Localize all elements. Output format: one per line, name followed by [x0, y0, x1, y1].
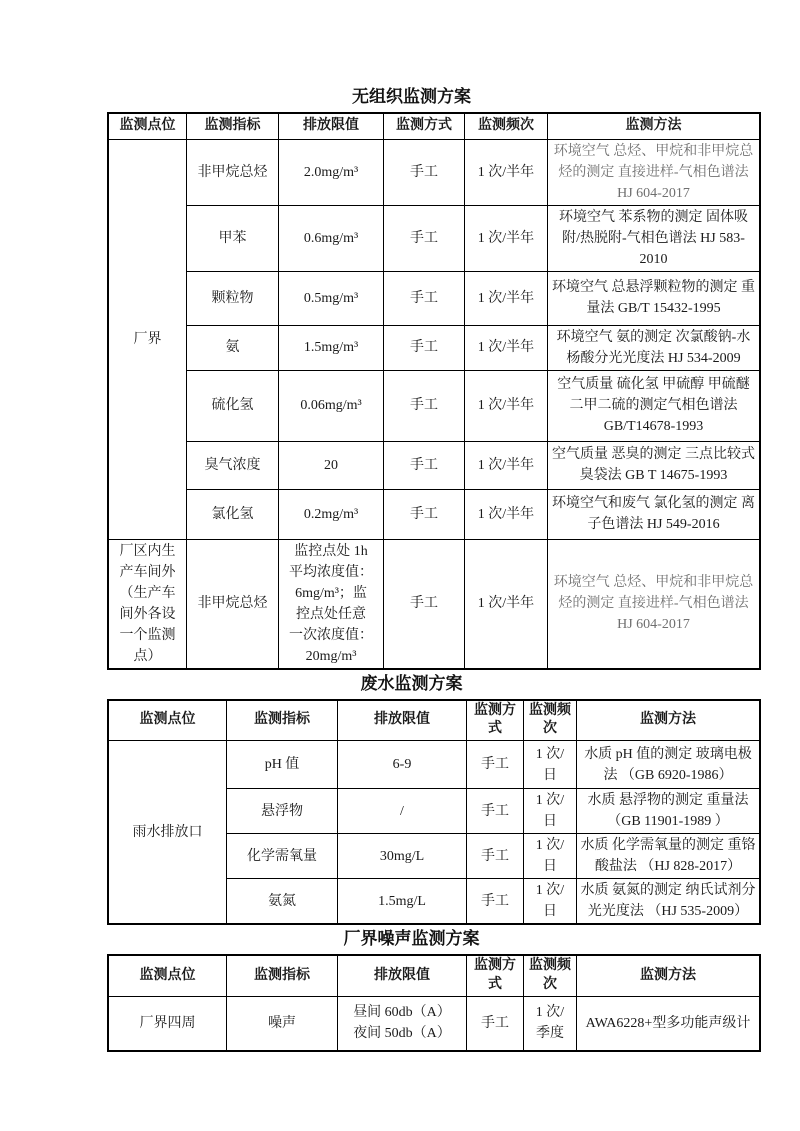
cell-frequency: 1 次/半年	[465, 489, 548, 539]
col-header-indicator: 监测指标	[227, 700, 338, 741]
table-title-wastewater: 废水监测方案	[107, 673, 716, 695]
cell-method: 水质 pH 值的测定 玻璃电极法 （GB 6920-1986）	[577, 741, 761, 789]
cell-indicator: 颗粒物	[187, 271, 279, 325]
col-header-site: 监测点位	[108, 955, 227, 996]
unorganized-monitoring-table: 监测点位 监测指标 排放限值 监测方式 监测频次 监测方法 厂界 非甲烷总烃 2…	[107, 112, 761, 670]
table-row: 颗粒物 0.5mg/m³ 手工 1 次/半年 环境空气 总悬浮颗粒物的测定 重量…	[108, 271, 760, 325]
table-header-row: 监测点位 监测指标 排放限值 监测方式 监测频次 监测方法	[108, 955, 760, 996]
cell-indicator: 氨	[187, 325, 279, 370]
cell-frequency: 1 次/半年	[465, 441, 548, 489]
col-header-frequency: 监测频次	[524, 700, 577, 741]
cell-limit: 2.0mg/m³	[279, 139, 384, 205]
col-header-method: 监测方法	[548, 113, 761, 139]
cell-mode: 手工	[467, 834, 524, 879]
cell-method: 环境空气 总烃、甲烷和非甲烷总烃的测定 直接进样-气相色谱法 HJ 604-20…	[548, 139, 761, 205]
cell-indicator: 硫化氢	[187, 370, 279, 441]
cell-method: 环境空气和废气 氯化氢的测定 离子色谱法 HJ 549-2016	[548, 489, 761, 539]
cell-indicator: 氯化氢	[187, 489, 279, 539]
table-title-unorganized: 无组织监测方案	[107, 86, 716, 108]
table-row: 厂界 非甲烷总烃 2.0mg/m³ 手工 1 次/半年 环境空气 总烃、甲烷和非…	[108, 139, 760, 205]
cell-indicator: 化学需氧量	[227, 834, 338, 879]
cell-limit: 监控点处 1h 平均浓度值： 6mg/m³；监 控点处任意 一次浓度值： 20m…	[279, 539, 384, 669]
table-header-row: 监测点位 监测指标 排放限值 监测方式 监测频次 监测方法	[108, 113, 760, 139]
cell-indicator: 悬浮物	[227, 789, 338, 834]
cell-limit: 20	[279, 441, 384, 489]
cell-frequency: 1 次/ 日	[524, 834, 577, 879]
cell-frequency: 1 次/半年	[465, 370, 548, 441]
cell-indicator: pH 值	[227, 741, 338, 789]
noise-monitoring-table: 监测点位 监测指标 排放限值 监测方式 监测频次 监测方法 厂界四周 噪声 昼间…	[107, 954, 761, 1051]
cell-indicator: 非甲烷总烃	[187, 539, 279, 669]
cell-mode: 手工	[384, 139, 465, 205]
col-header-mode: 监测方式	[467, 955, 524, 996]
cell-mode: 手工	[467, 997, 524, 1051]
col-header-frequency: 监测频次	[465, 113, 548, 139]
col-header-method: 监测方法	[577, 700, 761, 741]
cell-method: 环境空气 总悬浮颗粒物的测定 重量法 GB/T 15432-1995	[548, 271, 761, 325]
cell-indicator: 臭气浓度	[187, 441, 279, 489]
cell-mode: 手工	[384, 370, 465, 441]
document-sheet: 无组织监测方案 监测点位 监测指标 排放限值 监测方式 监测频次 监测方法 厂界…	[107, 86, 716, 1052]
cell-indicator: 噪声	[227, 997, 338, 1051]
cell-method: 环境空气 氨的测定 次氯酸钠-水杨酸分光光度法 HJ 534-2009	[548, 325, 761, 370]
document-page: { "colors": { "page_background": "#fffff…	[0, 0, 800, 1131]
cell-indicator: 非甲烷总烃	[187, 139, 279, 205]
cell-site-rainwater-outlet: 雨水排放口	[108, 741, 227, 925]
cell-method: 水质 悬浮物的测定 重量法 （GB 11901-1989 ）	[577, 789, 761, 834]
cell-mode: 手工	[384, 441, 465, 489]
table-row: 硫化氢 0.06mg/m³ 手工 1 次/半年 空气质量 硫化氢 甲硫醇 甲硫醚…	[108, 370, 760, 441]
col-header-indicator: 监测指标	[187, 113, 279, 139]
cell-frequency: 1 次/半年	[465, 271, 548, 325]
cell-site-workshop-outside: 厂区内生 产车间外 （生产车 间外各设 一个监测 点）	[108, 539, 187, 669]
cell-mode: 手工	[467, 741, 524, 789]
table-row: 厂区内生 产车间外 （生产车 间外各设 一个监测 点） 非甲烷总烃 监控点处 1…	[108, 539, 760, 669]
cell-limit: 0.06mg/m³	[279, 370, 384, 441]
table-row: 氨 1.5mg/m³ 手工 1 次/半年 环境空气 氨的测定 次氯酸钠-水杨酸分…	[108, 325, 760, 370]
cell-limit: 0.6mg/m³	[279, 205, 384, 271]
table-title-noise: 厂界噪声监测方案	[107, 928, 716, 950]
cell-frequency: 1 次/ 日	[524, 789, 577, 834]
cell-limit: 昼间 60db（A） 夜间 50db（A）	[338, 997, 467, 1051]
cell-frequency: 1 次/半年	[465, 539, 548, 669]
cell-limit: 0.5mg/m³	[279, 271, 384, 325]
cell-mode: 手工	[384, 271, 465, 325]
cell-limit: 6-9	[338, 741, 467, 789]
table-header-row: 监测点位 监测指标 排放限值 监测方式 监测频次 监测方法	[108, 700, 760, 741]
col-header-method: 监测方法	[577, 955, 761, 996]
cell-frequency: 1 次/半年	[465, 139, 548, 205]
col-header-mode: 监测方式	[467, 700, 524, 741]
table-row: 厂界四周 噪声 昼间 60db（A） 夜间 50db（A） 手工 1 次/ 季度…	[108, 997, 760, 1051]
table-row: 臭气浓度 20 手工 1 次/半年 空气质量 恶臭的测定 三点比较式臭袋法 GB…	[108, 441, 760, 489]
cell-site-factory-boundary: 厂界	[108, 139, 187, 539]
cell-indicator: 氨氮	[227, 879, 338, 925]
col-header-limit: 排放限值	[338, 955, 467, 996]
cell-frequency: 1 次/ 日	[524, 741, 577, 789]
cell-limit: 0.2mg/m³	[279, 489, 384, 539]
col-header-indicator: 监测指标	[227, 955, 338, 996]
cell-limit: 30mg/L	[338, 834, 467, 879]
cell-mode: 手工	[467, 789, 524, 834]
table-row: 氯化氢 0.2mg/m³ 手工 1 次/半年 环境空气和废气 氯化氢的测定 离子…	[108, 489, 760, 539]
cell-method: 环境空气 苯系物的测定 固体吸附/热脱附-气相色谱法 HJ 583-2010	[548, 205, 761, 271]
cell-frequency: 1 次/ 日	[524, 879, 577, 925]
col-header-site: 监测点位	[108, 700, 227, 741]
cell-method: 环境空气 总烃、甲烷和非甲烷总烃的测定 直接进样-气相色谱法 HJ 604-20…	[548, 539, 761, 669]
cell-mode: 手工	[384, 325, 465, 370]
cell-method: 水质 氨氮的测定 纳氏试剂分光光度法 （HJ 535-2009）	[577, 879, 761, 925]
cell-indicator: 甲苯	[187, 205, 279, 271]
col-header-site: 监测点位	[108, 113, 187, 139]
cell-frequency: 1 次/半年	[465, 205, 548, 271]
cell-mode: 手工	[467, 879, 524, 925]
cell-method: 空气质量 硫化氢 甲硫醇 甲硫醚 二甲二硫的测定气相色谱法 GB/T14678-…	[548, 370, 761, 441]
cell-frequency: 1 次/ 季度	[524, 997, 577, 1051]
col-header-limit: 排放限值	[338, 700, 467, 741]
cell-site-boundary-perimeter: 厂界四周	[108, 997, 227, 1051]
cell-method: 水质 化学需氧量的测定 重铬酸盐法 （HJ 828-2017）	[577, 834, 761, 879]
cell-limit: /	[338, 789, 467, 834]
cell-limit: 1.5mg/L	[338, 879, 467, 925]
cell-limit: 1.5mg/m³	[279, 325, 384, 370]
wastewater-monitoring-table: 监测点位 监测指标 排放限值 监测方式 监测频次 监测方法 雨水排放口 pH 值…	[107, 699, 761, 926]
cell-method: AWA6228+型多功能声级计	[577, 997, 761, 1051]
col-header-frequency: 监测频次	[524, 955, 577, 996]
table-row: 雨水排放口 pH 值 6-9 手工 1 次/ 日 水质 pH 值的测定 玻璃电极…	[108, 741, 760, 789]
cell-frequency: 1 次/半年	[465, 325, 548, 370]
cell-mode: 手工	[384, 205, 465, 271]
cell-mode: 手工	[384, 489, 465, 539]
cell-mode: 手工	[384, 539, 465, 669]
table-row: 甲苯 0.6mg/m³ 手工 1 次/半年 环境空气 苯系物的测定 固体吸附/热…	[108, 205, 760, 271]
col-header-mode: 监测方式	[384, 113, 465, 139]
cell-method: 空气质量 恶臭的测定 三点比较式臭袋法 GB T 14675-1993	[548, 441, 761, 489]
col-header-limit: 排放限值	[279, 113, 384, 139]
